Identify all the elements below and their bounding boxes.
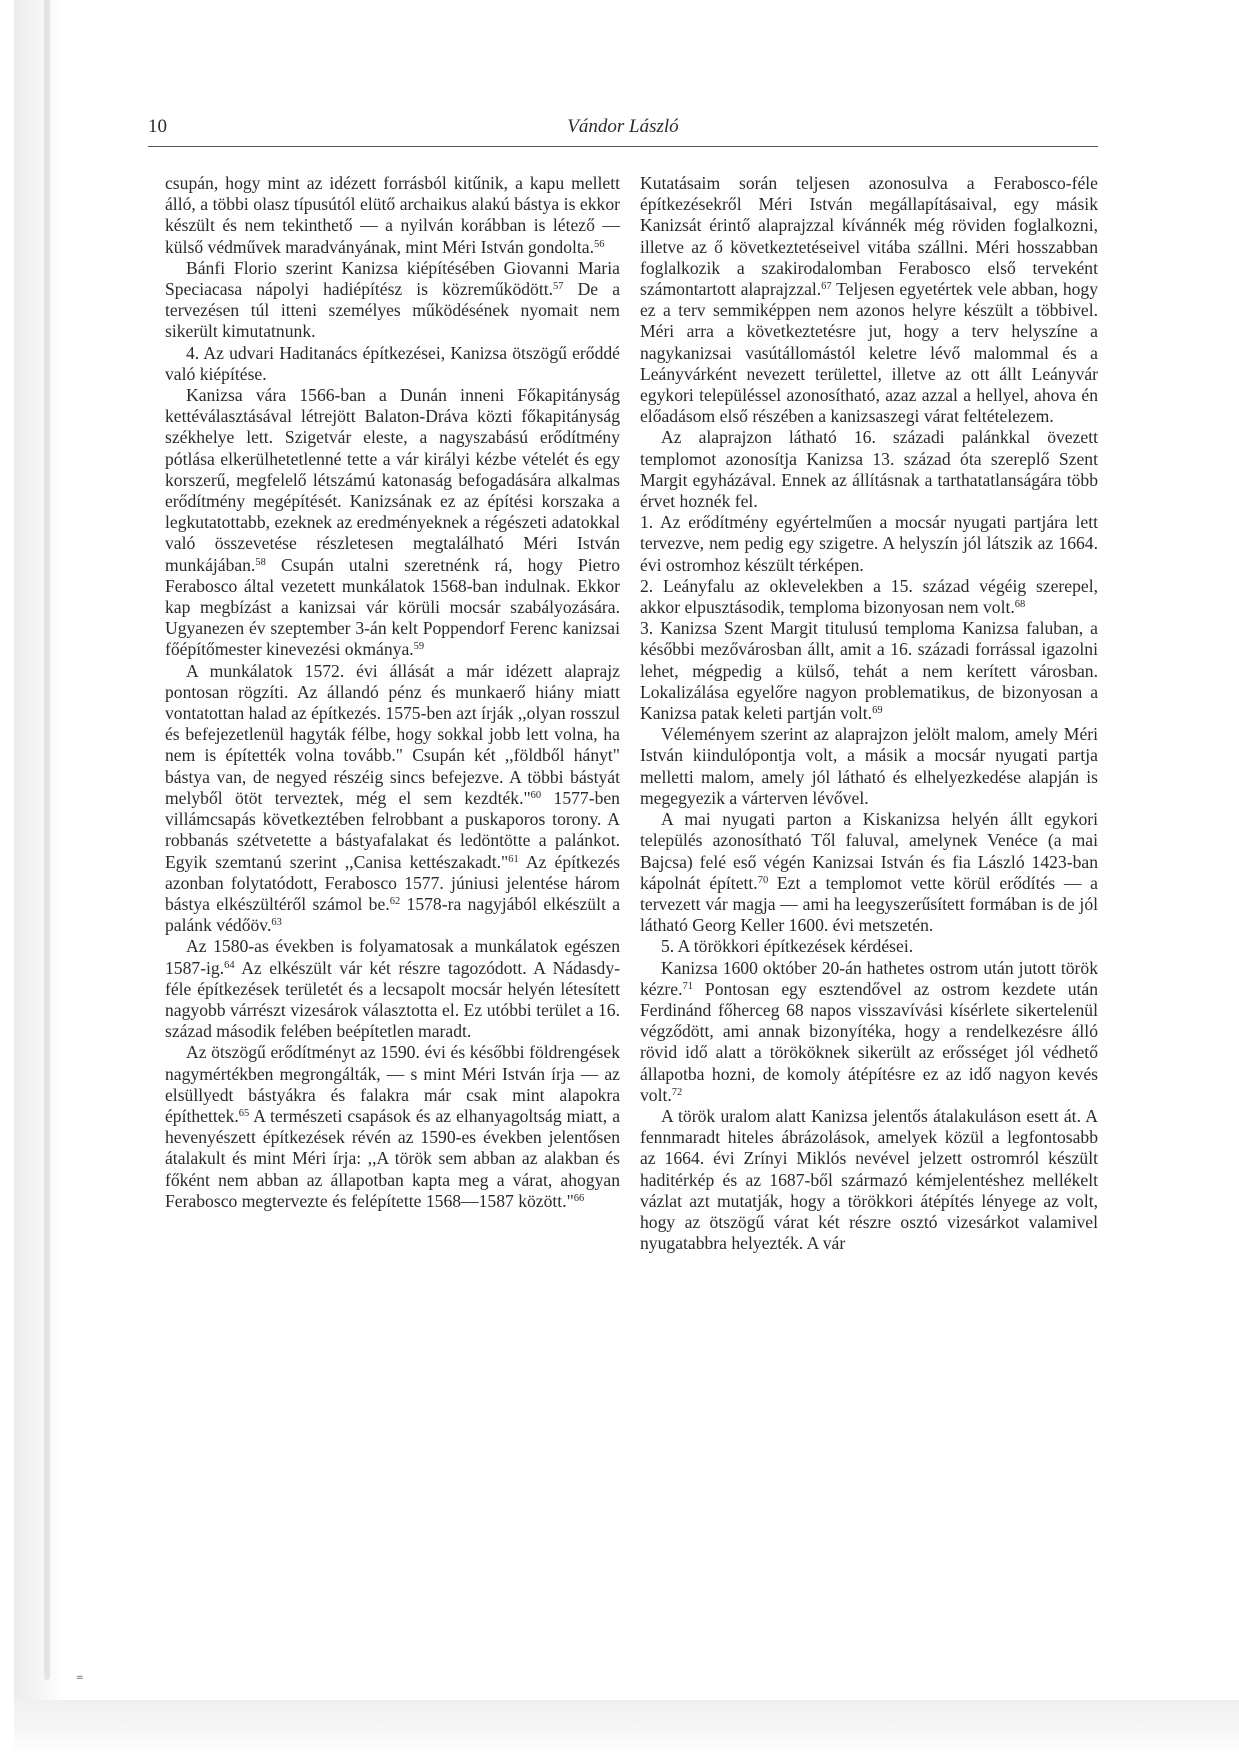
scan-shadow-left — [14, 0, 64, 1700]
paragraph: 4. Az udvari Haditanács építkezései, Kan… — [165, 343, 620, 385]
paragraph: A mai nyugati parton a Kiskanizsa helyén… — [640, 809, 1098, 936]
footnote-ref: 68 — [1015, 599, 1026, 610]
paragraph-text: csupán, hogy mint az idézett forrásból k… — [165, 173, 620, 257]
paragraph-text: A török uralom alatt Kanizsa jelentős át… — [640, 1106, 1098, 1253]
paragraph-text: 4. Az udvari Haditanács építkezései, Kan… — [165, 343, 620, 384]
paragraph: 3. Kanizsa Szent Margit titulusú templom… — [640, 618, 1098, 724]
paragraph-text: 1. Az erődítmény egyértelműen a mocsár n… — [640, 512, 1098, 574]
paragraph: 2. Leányfalu az oklevelekben a 15. száza… — [640, 576, 1098, 618]
scan-shadow-bottom — [14, 1700, 1239, 1754]
footnote-ref: 56 — [594, 239, 605, 250]
paragraph: Az 1580-as években is folyamatosak a mun… — [165, 936, 620, 1042]
footnote-ref: 58 — [255, 557, 266, 568]
scan-page-edge — [44, 0, 50, 1680]
footnote-ref: 63 — [271, 917, 282, 928]
paragraph-text: 5. A törökkori építkezések kérdései. — [661, 936, 913, 956]
paragraph: Kanizsa vára 1566-ban a Dunán inneni Fők… — [165, 385, 620, 661]
right-column: Kutatásaim során teljesen azonosulva a F… — [640, 173, 1098, 1254]
footnote-ref: 60 — [531, 790, 542, 801]
paragraph: Az alaprajzon látható 16. századi palánk… — [640, 427, 1098, 512]
paragraph: Bánfi Florio szerint Kanizsa kiépítésébe… — [165, 258, 620, 343]
footnote-ref: 64 — [224, 960, 235, 971]
paragraph-text: Bánfi Florio szerint Kanizsa kiépítésébe… — [165, 258, 620, 299]
paragraph: 5. A törökkori építkezések kérdései. — [640, 936, 1098, 957]
footnote-ref: 57 — [553, 281, 564, 292]
paragraph-text: Véleményem szerint az alaprajzon jelölt … — [640, 724, 1098, 808]
footnote-ref: 67 — [821, 281, 832, 292]
footnote-ref: 59 — [414, 641, 425, 652]
footnote-ref: 66 — [574, 1193, 585, 1204]
paragraph-text: Pontosan egy esztendővel az ostrom kezde… — [640, 979, 1098, 1105]
paragraph: Az ötszögű erődítményt az 1590. évi és k… — [165, 1042, 620, 1212]
footnote-ref: 61 — [508, 854, 519, 865]
footnote-ref: 71 — [682, 981, 693, 992]
footnote-ref: 72 — [672, 1087, 683, 1098]
paragraph-text: A munkálatok 1572. évi állását a már idé… — [165, 661, 620, 808]
paragraph-text: Teljesen egyetértek vele abban, hogy ez … — [640, 279, 1098, 426]
paragraph: csupán, hogy mint az idézett forrásból k… — [165, 173, 620, 258]
paragraph-text: Kanizsa vára 1566-ban a Dunán inneni Fők… — [165, 385, 620, 575]
paragraph-text: 3. Kanizsa Szent Margit titulusú templom… — [640, 618, 1098, 723]
page-header: 10 Vándor László — [148, 112, 1098, 147]
paragraph: Véleményem szerint az alaprajzon jelölt … — [640, 724, 1098, 809]
left-column: csupán, hogy mint az idézett forrásból k… — [165, 173, 620, 1212]
paragraph: A török uralom alatt Kanizsa jelentős át… — [640, 1106, 1098, 1254]
running-head-author: Vándor László — [148, 116, 1098, 138]
scan-mark: = — [76, 1673, 84, 1683]
paragraph-text: Az alaprajzon látható 16. századi palánk… — [640, 427, 1098, 511]
footnote-ref: 70 — [758, 875, 769, 886]
paragraph: Kutatásaim során teljesen azonosulva a F… — [640, 173, 1098, 427]
paragraph: Kanizsa 1600 október 20-án hathetes ostr… — [640, 958, 1098, 1106]
footnote-ref: 69 — [872, 705, 883, 716]
paragraph: A munkálatok 1572. évi állását a már idé… — [165, 661, 620, 937]
footnote-ref: 65 — [239, 1108, 250, 1119]
footnote-ref: 62 — [390, 896, 401, 907]
paragraph: 1. Az erődítmény egyértelműen a mocsár n… — [640, 512, 1098, 576]
paragraph-text: 2. Leányfalu az oklevelekben a 15. száza… — [640, 576, 1098, 617]
